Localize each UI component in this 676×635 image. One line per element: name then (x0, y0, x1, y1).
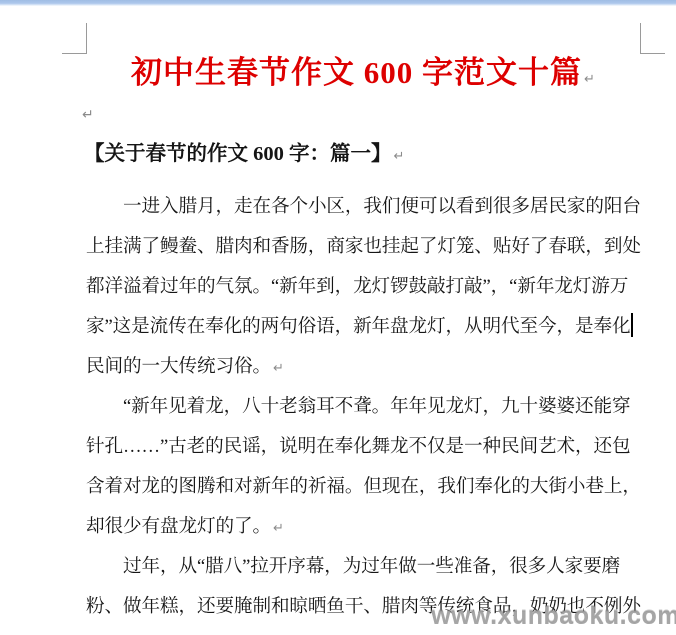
text-boundary-mark-top-right (640, 23, 641, 54)
paragraph-mark-icon: ↵ (271, 361, 284, 376)
text-boundary-mark-top-left (62, 53, 87, 54)
text-line[interactable]: “新年见着龙，八十老翁耳不聋。年年见龙灯，九十婆婆还能穿 (86, 387, 646, 427)
paragraph-mark-icon: ↵ (82, 104, 94, 126)
document-title-text: 初中生春节作文 600 字范文十篇 (131, 55, 582, 90)
window-top-edge (0, 0, 676, 6)
text-cursor (631, 313, 633, 337)
text-line[interactable]: 家”这是流传在奉化的两句俗语，新年盘龙灯，从明代至今，是奉化 (86, 307, 646, 347)
text-line[interactable]: 都洋溢着过年的气氛。“新年到，龙灯锣鼓敲打敲”，“新年龙灯游万 (86, 267, 646, 307)
document-body: 一进入腊月，走在各个小区，我们便可以看到很多居民家的阳台 上挂满了鳗鲞、腊肉和香… (86, 187, 646, 627)
text-line[interactable]: 却很少有盘龙灯的了。↵ (86, 507, 646, 547)
text-line[interactable]: 一进入腊月，走在各个小区，我们便可以看到很多居民家的阳台 (86, 187, 646, 227)
text-line[interactable]: 含着对龙的图腾和对新年的祈福。但现在，我们奉化的大街小巷上， (86, 467, 646, 507)
paragraph-mark-icon: ↵ (582, 72, 595, 87)
text-line[interactable]: 上挂满了鳗鲞、腊肉和香肠，商家也挂起了灯笼、贴好了春联，到处 (86, 227, 646, 267)
site-watermark: www.xunbaoku.com (431, 601, 676, 631)
section-heading[interactable]: 【关于春节的作文 600 字：篇一】↵ (84, 134, 640, 174)
text-line[interactable]: 民间的一大传统习俗。↵ (86, 347, 646, 387)
text-line[interactable]: 过年，从“腊八”拉开序幕，为过年做一些准备，很多人家要磨 (86, 547, 646, 587)
text-line[interactable]: 针孔……”古老的民谣，说明在奉化舞龙不仅是一种民间艺术，还包 (86, 427, 646, 467)
section-heading-text: 【关于春节的作文 600 字：篇一】 (84, 143, 392, 165)
paragraph-mark-icon: ↵ (392, 149, 405, 164)
text-boundary-mark-top-right (640, 53, 665, 54)
paragraph-mark-icon: ↵ (271, 521, 284, 536)
document-title[interactable]: 初中生春节作文 600 字范文十篇↵ (86, 48, 640, 98)
